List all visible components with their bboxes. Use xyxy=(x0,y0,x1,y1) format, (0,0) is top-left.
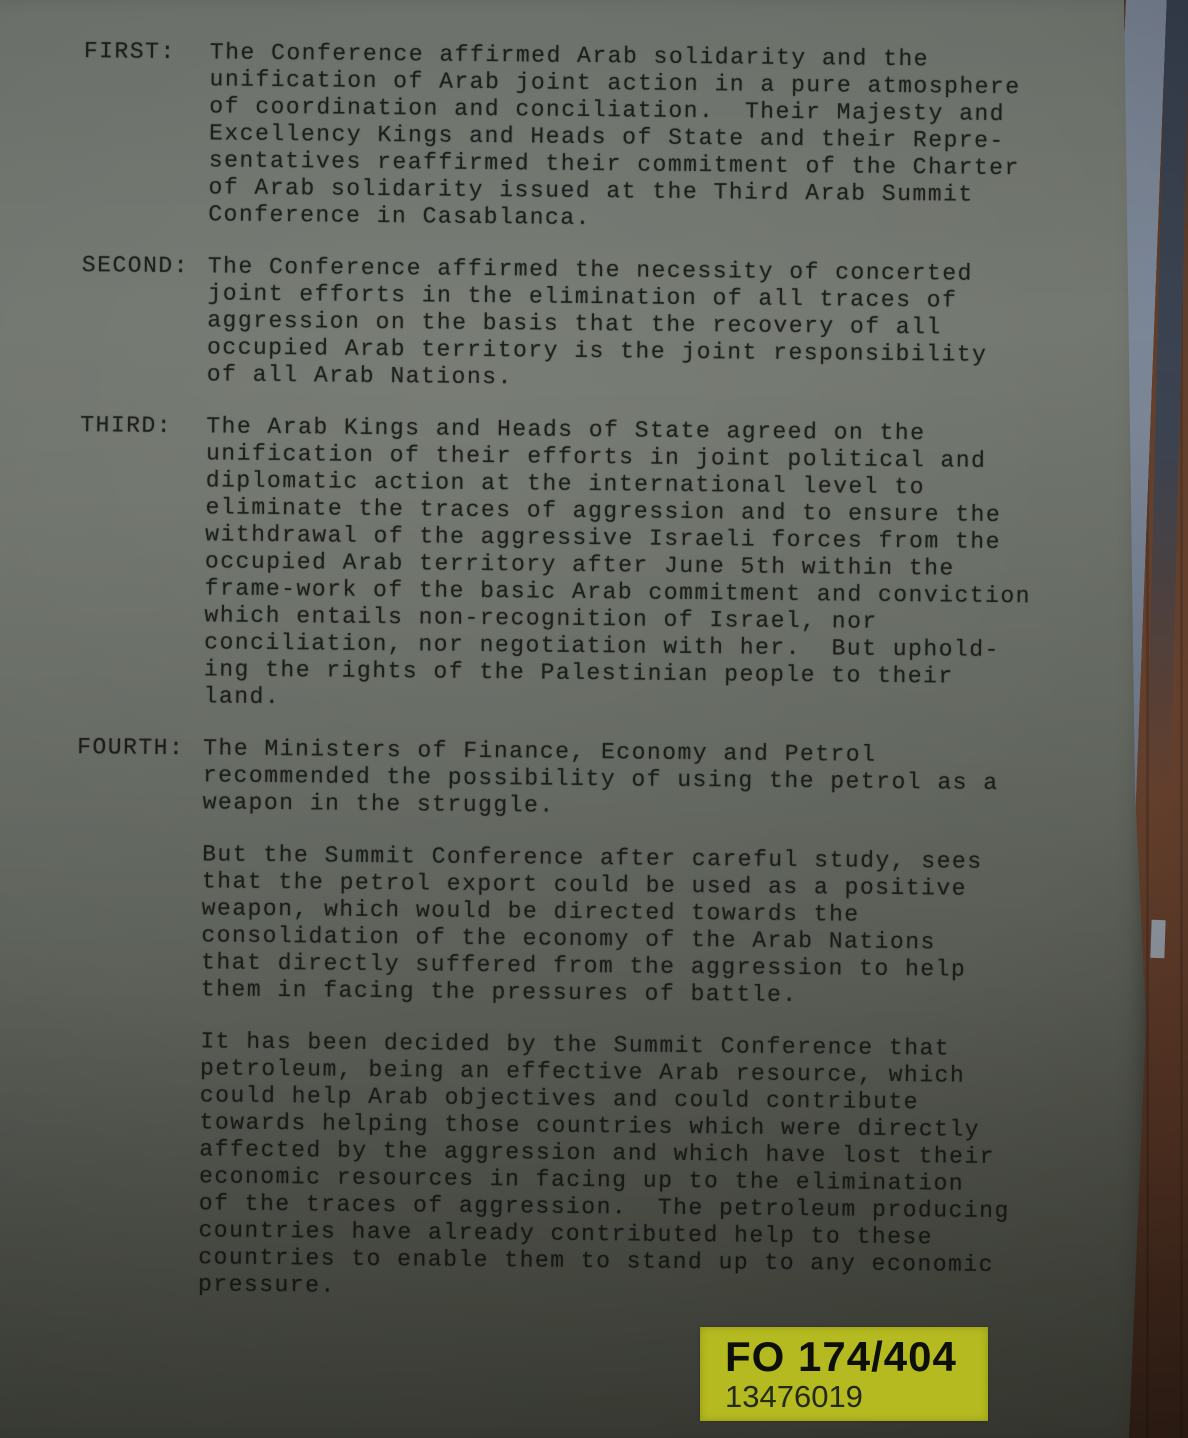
paragraph-label xyxy=(59,840,203,1003)
paragraph-label xyxy=(56,1027,201,1298)
paragraph-third: THIRD: The Arab Kings and Heads of State… xyxy=(62,412,1077,719)
paragraph-fourth: FOURTH: The Ministers of Finance, Econom… xyxy=(61,734,1074,825)
paragraph-continuation-2: It has been decided by the Summit Confer… xyxy=(56,1027,1071,1307)
archive-catalogue-number: 13476019 xyxy=(725,1380,988,1413)
paragraph-label: FIRST: xyxy=(66,38,210,228)
archive-reference-code: FO 174/404 xyxy=(725,1334,988,1380)
paragraph-body: But the Summit Conference after careful … xyxy=(201,841,1073,1011)
paragraph-label: THIRD: xyxy=(62,412,207,710)
archive-reference-label: FO 174/404 13476019 xyxy=(700,1327,988,1421)
paragraph-label: SECOND: xyxy=(65,252,208,388)
typewritten-text-block: FIRST: The Conference affirmed Arab soli… xyxy=(56,38,1080,1332)
paragraph-continuation-1: But the Summit Conference after careful … xyxy=(59,840,1073,1012)
document-page: FIRST: The Conference affirmed Arab soli… xyxy=(0,0,1150,1438)
paragraph-body: The Conference affirmed the necessity of… xyxy=(207,253,1078,396)
paragraph-first: FIRST: The Conference affirmed Arab soli… xyxy=(66,38,1080,237)
paragraph-label: FOURTH: xyxy=(61,734,204,816)
paragraph-body: The Conference affirmed Arab solidarity … xyxy=(208,39,1080,236)
paragraph-body: The Ministers of Finance, Economy and Pe… xyxy=(203,735,1074,824)
page-edge-tab xyxy=(1150,920,1165,958)
paragraph-body: The Arab Kings and Heads of State agreed… xyxy=(204,413,1077,718)
paragraph-second: SECOND: The Conference affirmed the nece… xyxy=(65,252,1078,397)
archival-document-photo: FIRST: The Conference affirmed Arab soli… xyxy=(0,0,1188,1438)
paragraph-body: It has been decided by the Summit Confer… xyxy=(198,1028,1071,1306)
